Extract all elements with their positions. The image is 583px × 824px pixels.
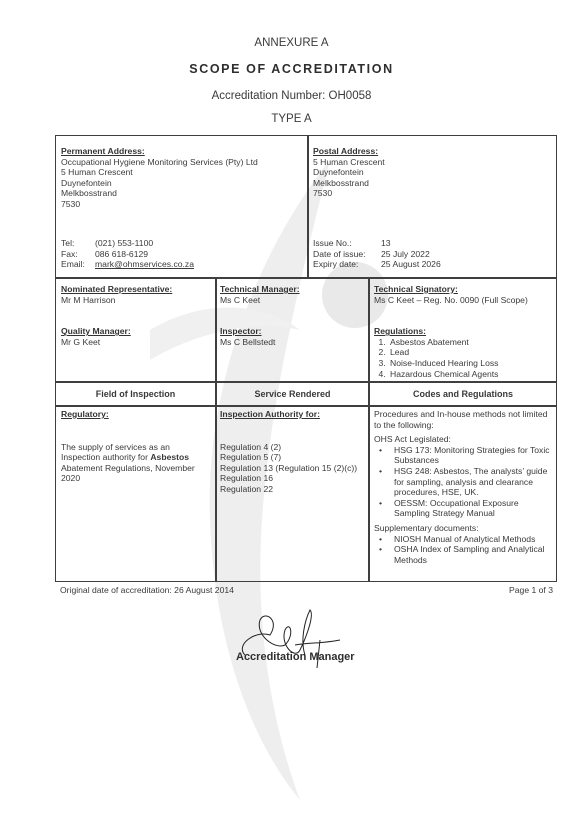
divider	[368, 277, 370, 581]
permanent-address: Permanent Address: Occupational Hygiene …	[61, 146, 301, 210]
technical-manager: Technical Manager: Ms C Keet Inspector: …	[220, 284, 365, 347]
quality-manager-name: Mr G Keet	[61, 337, 211, 348]
nominated-rep-name: Mr M Harrison	[61, 295, 211, 306]
page-number: Page 1 of 3	[509, 585, 553, 595]
postal-address-label: Postal Address:	[313, 146, 553, 157]
ohs-item: HSG 248: Asbestos, The analysts’ guide f…	[394, 466, 552, 498]
column-header-field: Field of Inspection	[56, 389, 215, 400]
technical-signatory-name: Ms C Keet – Reg. No. 0090 (Full Scope)	[374, 295, 554, 306]
regulations-label: Regulations:	[374, 326, 554, 337]
fax-value: 086 618-6129	[95, 249, 148, 260]
divider	[56, 405, 556, 407]
technical-signatory: Technical Signatory: Ms C Keet – Reg. No…	[374, 284, 554, 379]
divider	[307, 136, 309, 277]
regulatory-label: Regulatory:	[61, 409, 211, 420]
codes-and-regulations: Procedures and In-house methods not limi…	[374, 409, 552, 565]
original-accreditation-date: Original date of accreditation: 26 Augus…	[60, 585, 234, 595]
address-line: Duynefontein	[313, 167, 553, 178]
accreditation-type: TYPE A	[0, 113, 583, 125]
supplementary-label: Supplementary documents:	[374, 523, 552, 534]
supplementary-list: NIOSH Manual of Analytical Methods OSHA …	[374, 534, 552, 566]
address-line: 7530	[61, 199, 301, 210]
field-description: The supply of services as an Inspection …	[61, 442, 211, 484]
ohs-item: OESSM: Occupational Exposure Sampling St…	[394, 498, 552, 519]
service-item: Regulation 13 (Regulation 15 (2)(c))	[220, 463, 366, 474]
regulation-item: Hazardous Chemical Agents	[388, 369, 554, 380]
ohs-label: OHS Act Legislated:	[374, 434, 552, 445]
address-line: Occupational Hygiene Monitoring Services…	[61, 157, 301, 168]
tel-label: Tel:	[61, 238, 95, 249]
quality-manager-label: Quality Manager:	[61, 326, 211, 337]
annexure-label: ANNEXURE A	[0, 37, 583, 49]
service-item: Regulation 16	[220, 473, 366, 484]
address-line: Melkbosstrand	[313, 178, 553, 189]
divider	[215, 277, 217, 581]
regulations-list: Asbestos Abatement Lead Noise-Induced He…	[374, 337, 554, 379]
column-header-service: Service Rendered	[217, 389, 368, 400]
address-line: Duynefontein	[61, 178, 301, 189]
supplementary-item: OSHA Index of Sampling and Analytical Me…	[394, 544, 552, 565]
nominated-rep-label: Nominated Representative:	[61, 284, 211, 295]
page-title: SCOPE OF ACCREDITATION	[0, 62, 583, 76]
issue-no-value: 13	[381, 238, 391, 249]
address-line: Melkbosstrand	[61, 188, 301, 199]
technical-manager-name: Ms C Keet	[220, 295, 365, 306]
codes-intro: Procedures and In-house methods not limi…	[374, 409, 552, 430]
regulation-item: Lead	[388, 347, 554, 358]
regulation-item: Noise-Induced Hearing Loss	[388, 358, 554, 369]
service-item: Regulation 4 (2)	[220, 442, 366, 453]
ohs-list: HSG 173: Monitoring Strategies for Toxic…	[374, 445, 552, 519]
ohs-item: HSG 173: Monitoring Strategies for Toxic…	[394, 445, 552, 466]
address-line: 5 Human Crescent	[61, 167, 301, 178]
issue-date-value: 25 July 2022	[381, 249, 430, 260]
email-label: Email:	[61, 259, 95, 270]
tel-value: (021) 553-1100	[95, 238, 153, 249]
inspector-name: Ms C Bellstedt	[220, 337, 365, 348]
accreditation-number: Accreditation Number: OH0058	[0, 90, 583, 102]
expiry-date-label: Expiry date:	[313, 259, 381, 270]
scope-table: Permanent Address: Occupational Hygiene …	[55, 135, 557, 582]
signature-icon	[225, 600, 365, 670]
expiry-date-value: 25 August 2026	[381, 259, 441, 270]
issue-no-label: Issue No.:	[313, 238, 381, 249]
field-of-inspection: Regulatory: The supply of services as an…	[61, 409, 211, 484]
contact-details: Tel:(021) 553-1100 Fax:086 618-6129 Emai…	[61, 238, 301, 270]
supplementary-item: NIOSH Manual of Analytical Methods	[394, 534, 552, 545]
fax-label: Fax:	[61, 249, 95, 260]
service-rendered: Inspection Authority for: Regulation 4 (…	[220, 409, 366, 495]
permanent-address-label: Permanent Address:	[61, 146, 301, 157]
postal-address: Postal Address: 5 Human Crescent Duynefo…	[313, 146, 553, 199]
regulation-item: Asbestos Abatement	[388, 337, 554, 348]
nominated-representative: Nominated Representative: Mr M Harrison …	[61, 284, 211, 347]
column-header-codes: Codes and Regulations	[370, 389, 556, 400]
email-link[interactable]: mark@ohmservices.co.za	[95, 259, 194, 270]
issue-date-label: Date of issue:	[313, 249, 381, 260]
address-line: 7530	[313, 188, 553, 199]
technical-signatory-label: Technical Signatory:	[374, 284, 554, 295]
service-item: Regulation 22	[220, 484, 366, 495]
address-line: 5 Human Crescent	[313, 157, 553, 168]
service-item: Regulation 5 (7)	[220, 452, 366, 463]
technical-manager-label: Technical Manager:	[220, 284, 365, 295]
divider	[56, 381, 556, 383]
inspection-authority-label: Inspection Authority for:	[220, 409, 366, 420]
inspector-label: Inspector:	[220, 326, 365, 337]
issue-details: Issue No.:13 Date of issue:25 July 2022 …	[313, 238, 553, 270]
divider	[56, 277, 556, 279]
